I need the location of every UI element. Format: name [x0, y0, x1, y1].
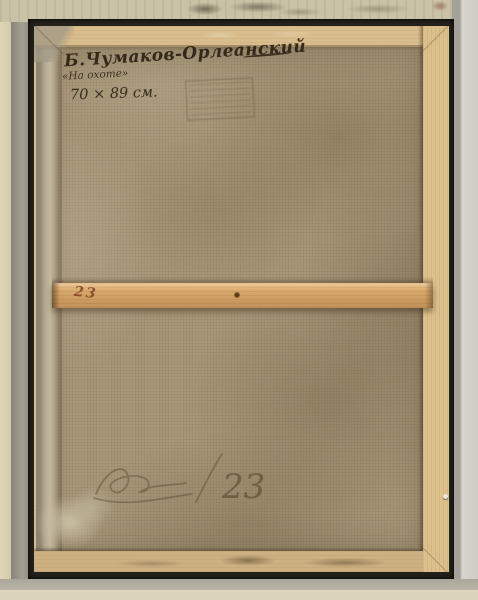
photo-painting-verso: 23 Б.Чумаков-Орлеанский «На охоте» 70 × …: [0, 0, 478, 600]
scrawl-underline: [94, 494, 192, 502]
crossbar-right-shade: [425, 283, 433, 308]
dimensions-inscription: 70 × 89 см.: [70, 84, 158, 103]
frame-bottom-cream-strip: [0, 590, 478, 600]
crossbar-left-shade: [52, 283, 60, 308]
illegible-stamp: [185, 77, 255, 121]
frame-bottom-grey-strip: [0, 579, 478, 590]
signature-scrawl: 23: [92, 450, 282, 510]
crossbar-number: 23: [73, 284, 98, 302]
mitre-joint-top-right: [419, 26, 449, 54]
stretcher-bottom-bar: [34, 551, 423, 572]
wood-knot: [234, 292, 240, 298]
scrawl-loops: [96, 469, 186, 494]
scrawl-slash: [196, 454, 222, 502]
frame-right-strip: [452, 0, 478, 600]
signature-number: 23: [221, 467, 265, 507]
mitre-joint-bottom-right: [419, 545, 449, 573]
frame-left-pale-strip: [0, 0, 11, 600]
tack-dot: [443, 494, 448, 499]
mitre-joint-top-left: [34, 26, 64, 54]
crossbar: [52, 283, 433, 308]
